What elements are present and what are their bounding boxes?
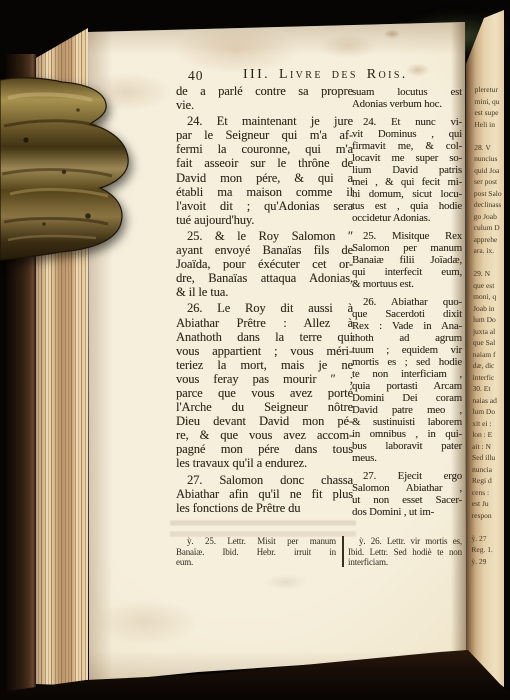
fragment-line: Joab in [473,302,504,314]
text-line: l'Arche du Seigneur nôtre [176,400,353,414]
text-line: Banaïæ. Ibid. Hebr. irruit in [176,547,336,558]
paragraph: 24. Et nunc vi-vit Dominus , quifirmavit… [352,116,462,224]
text-line: Anathoth dans la terre qui [176,330,353,344]
text-line: locavit me super so- [352,152,462,164]
facing-page-text-fragments: plereturmini, quest supeHeli in 28. Vnun… [471,84,504,567]
fragment-line: 29. N [473,268,504,280]
text-line: 27. Ejecit ergo [352,470,462,482]
text-line: les fonctions de Prêtre du [176,501,353,515]
paragraph: ỳ. 25. Lettr. Misit per manumBanaïæ. Ibi… [176,536,336,568]
fragment-line: apprehe [474,233,504,245]
paragraph: 27. Ejecit ergoSalomon Abiathar ,ut non … [352,470,462,518]
text-line: par le Seigneur qui m'a af- [176,128,353,142]
fragment-line: lum Do [472,406,504,418]
text-line: tus est , quia hodie [352,200,462,212]
footnote-divider [342,536,344,567]
fragment-line: Sed illu [472,452,504,464]
fragment-line: 28. V [474,141,504,153]
brass-clasp-shape [0,74,140,264]
text-line: mortis es ; sed hodie [352,356,462,368]
fragment-line: interfic [473,371,504,383]
text-line: suam locutus est [352,86,462,98]
fragment-line: est Ju [472,498,504,510]
text-line: Adonias verbum hoc. [352,98,462,110]
text-line: dre, Banaïas attaqua Adonias, [176,271,353,285]
fragment-line [472,521,504,533]
text-line: dos Domini , ut im- [352,506,462,518]
paragraph: 26. Abiathar quo-que Sacerdoti dixitRex … [352,296,462,464]
text-line: ayant envoyé Banaïas fils de [176,243,353,257]
text-line: occidetur Adonias. [352,212,462,224]
left-page: 40 III. Livre des Rois. de a parlé contr… [86,22,466,684]
fragment-line: ait : N [472,440,504,452]
paragraph: 25. Misitque RexSalomon per manumBanaiæ … [352,230,462,290]
text-line: meus. [352,452,462,464]
text-line: bus laboravit pater [352,440,462,452]
text-line: l'avoit dit ; qu'Adonias sera [176,199,353,213]
paragraph: ỳ. 26. Lettr. vir mortis es,Ibid. Lettr.… [348,536,462,568]
fragment-line [474,130,504,142]
text-line: établi ma maison comme il [176,185,353,199]
text-line: Abiathar afin qu'il ne fit plus [176,487,353,501]
text-line: vit Dominus , qui [352,128,462,140]
fragment-line: cens : [472,486,504,498]
fragment-line: mini, qu [475,95,504,107]
text-line: te non interficiam , [352,368,462,380]
french-text-column: de a parlé contre sa proprevie.24. Et ma… [176,84,353,517]
fragment-line: declinass [474,199,504,211]
text-line: re, & que vous avez accom- [176,428,353,442]
fragment-line: ser post [474,176,504,188]
facing-page-edge: plereturmini, quest supeHeli in 28. Vnun… [466,10,504,700]
fragment-line: moni, q [473,291,504,303]
text-line: ỳ. 26. Lettr. vir mortis es, [348,536,462,547]
text-line: fait asseoir sur le thrône de [176,156,353,170]
fragment-line: juxta al [473,325,504,337]
text-line: Domini Dei coram [352,392,462,404]
text-line: & il le tua. [176,285,353,299]
paragraph: 26. Le Roy dit aussi àAbiathar Prêtre : … [176,301,353,470]
text-line: vous feray pas mourir ″ ; [176,372,353,386]
paragraph: 24. Et maintenant je jurepar le Seigneur… [176,114,353,227]
text-line: hi domum, sicut locu- [352,188,462,200]
text-line: vous appartient ; vous méri- [176,344,353,358]
text-line: Abiathar Prêtre : Allez à [176,316,353,330]
text-line: & mortuus est. [352,278,462,290]
text-line: in omnibus , in qui- [352,428,462,440]
fragment-line: Heli in [474,118,504,130]
text-line: les travaux qu'il a endurez. [176,456,353,470]
text-line: pagné mon pére dans tous [176,442,353,456]
text-line: Salomon per manum [352,242,462,254]
text-line: ut non esset Sacer- [352,494,462,506]
text-line: David patre meo , [352,404,462,416]
text-line: Ibid. Lettr. Sed hodiè te non [348,547,462,558]
latin-text-column: suam locutus estAdonias verbum hoc.24. E… [352,86,462,524]
text-line: Rex : Vade in Ana- [352,320,462,332]
fragment-line: culum D [474,222,504,234]
text-line: que Sacerdoti dixit [352,308,462,320]
text-line: 27. Salomon donc chassa [176,473,353,487]
fragment-line: que est [473,279,504,291]
text-line: Salomon Abiathar , [352,482,462,494]
fragment-line: ỳ. 29 [471,555,504,567]
text-line: 26. Abiathar quo- [352,296,462,308]
text-line: 24. Et maintenant je jure [176,114,353,128]
page-number: 40 [188,68,204,84]
book-photo-scene: plereturmini, quest supeHeli in 28. Vnun… [0,0,510,700]
fragment-line: nuncius [474,153,504,165]
text-line: teriez la mort, mais je ne [176,358,353,372]
fragment-line: 30. Et [473,383,504,395]
fragment-line: xit ei : [472,417,504,429]
text-line: de a parlé contre sa propre [176,84,353,98]
fragment-line: quid Joa [474,164,504,176]
text-line: 25. & le Roy Salomon ″ [176,229,353,243]
text-line: tué aujourd'huy. [176,213,353,227]
fragment-line: Reg. 1. [471,544,504,556]
fragment-line: nuncia [472,463,504,475]
text-line: parce que vous avez porté [176,386,353,400]
text-line: lium David patris [352,164,462,176]
text-line: 24. Et nunc vi- [352,116,462,128]
text-line: vie. [176,98,353,112]
fragment-line: go Joab [474,210,504,222]
text-line: mei , & qui fecit mi- [352,176,462,188]
paragraph: 25. & le Roy Salomon ″ayant envoyé Banaï… [176,229,353,299]
fragment-line: est supe [474,107,504,119]
running-title: III. Livre des Rois. [243,67,408,83]
fragment-line: Regi d [472,475,504,487]
text-line: eum. [176,557,336,568]
footnote-right: ỳ. 26. Lettr. vir mortis es,Ibid. Lettr.… [348,536,462,568]
fragment-line: dæ, dic [473,360,504,372]
fragment-line: ỳ. 27 [471,532,504,544]
text-line: 26. Le Roy dit aussi à [176,301,353,315]
fragment-line: naiam f [473,348,504,360]
fragment-line [473,256,504,268]
text-line: & sustinuisti laborem [352,416,462,428]
footnote-left: ỳ. 25. Lettr. Misit per manumBanaïæ. Ibi… [176,536,336,568]
text-line: interficiam. [348,557,462,568]
text-line: Joaïda, pour éxécuter cet or- [176,257,353,271]
fragment-line: lon : E [472,429,504,441]
text-line: David mon pére, & qui a [176,171,353,185]
brass-clasp [0,74,140,269]
text-line: Dieu devant David mon pé- [176,414,353,428]
text-line: thoth ad agrum [352,332,462,344]
paragraph: 27. Salomon donc chassaAbiathar afin qu'… [176,473,353,515]
text-line: Banaiæ filii Joïadæ, [352,254,462,266]
fragment-line: lum Do [473,314,504,326]
text-line: firmavit me, & col- [352,140,462,152]
fragment-line: pleretur [475,84,504,96]
paragraph: suam locutus estAdonias verbum hoc. [352,86,462,110]
text-line: qui interfecit eum, [352,266,462,278]
text-line: ỳ. 25. Lettr. Misit per manum [176,536,336,547]
paragraph: de a parlé contre sa proprevie. [176,84,353,112]
fragment-line: ara. ix. [473,245,504,257]
fragment-line: post Salo [474,187,504,199]
text-line: fermi la couronne, qui m'a [176,142,353,156]
text-line: quia portasti Arcam [352,380,462,392]
fragment-line: naias ad [472,394,504,406]
fragment-line: que Sal [473,337,504,349]
text-line: tuum ; equidem vir [352,344,462,356]
fragment-line: respon [472,509,504,521]
text-line: 25. Misitque Rex [352,230,462,242]
